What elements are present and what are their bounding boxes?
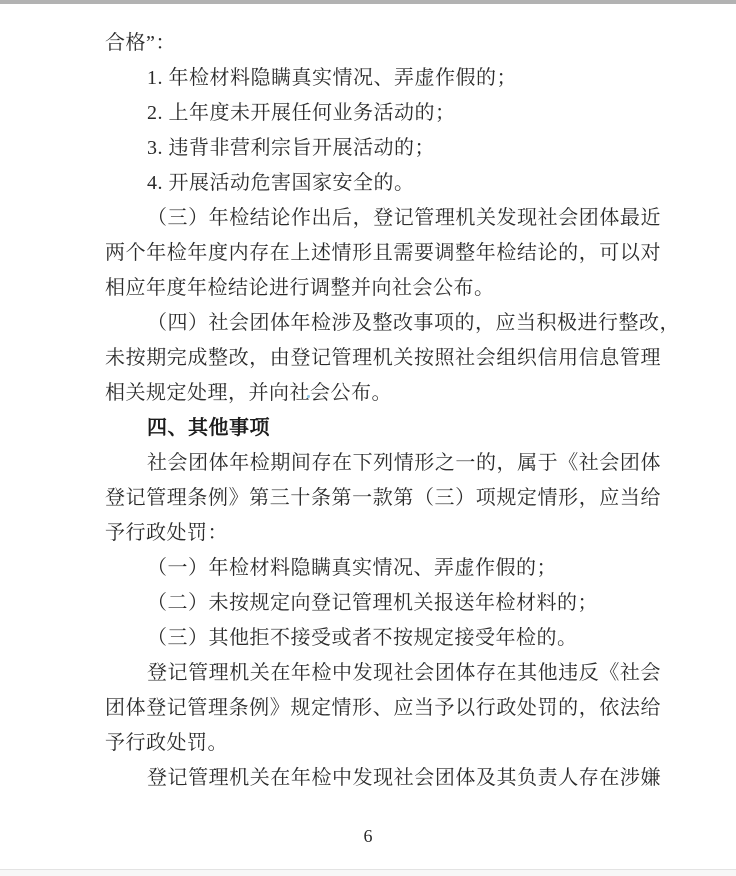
list-item: （二）未按规定向登记管理机关报送年检材料的； [105, 586, 661, 621]
text-line: （三）年检结论作出后，登记管理机关发现社会团体最近 [105, 201, 661, 236]
text-line: 相应年度年检结论进行调整并向社会公布。 [105, 271, 661, 306]
text-line: 社会团体年检期间存在下列情形之一的，属于《社会团体 [105, 446, 661, 481]
text-line: 予行政处罚： [105, 516, 661, 551]
scan-artifact-dot [307, 395, 310, 398]
text-line: 登记管理机关在年检中发现社会团体存在其他违反《社会 [105, 656, 661, 691]
page-top-border [0, 0, 736, 4]
text-line: 未按期完成整改，由登记管理机关按照社会组织信用信息管理 [105, 341, 661, 376]
section-heading: 四、其他事项 [105, 411, 661, 446]
list-item: 4. 开展活动危害国家安全的。 [105, 166, 661, 201]
text-line: 登记管理机关在年检中发现社会团体及其负责人存在涉嫌 [105, 761, 661, 796]
document-body: 合格”： 1. 年检材料隐瞒真实情况、弄虚作假的； 2. 上年度未开展任何业务活… [105, 26, 661, 796]
text-line: 两个年检年度内存在上述情形且需要调整年检结论的，可以对 [105, 236, 661, 271]
text-line: 予行政处罚。 [105, 726, 661, 761]
text-line: 相关规定处理，并向社会公布。 [105, 376, 661, 411]
text-line: 团体登记管理条例》规定情形、应当予以行政处罚的，依法给 [105, 691, 661, 726]
text-line: 合格”： [105, 26, 661, 61]
list-item: 3. 违背非营利宗旨开展活动的； [105, 131, 661, 166]
page-number: 6 [0, 824, 736, 848]
text-line: 登记管理条例》第三十条第一款第（三）项规定情形，应当给 [105, 481, 661, 516]
document-page: 合格”： 1. 年检材料隐瞒真实情况、弄虚作假的； 2. 上年度未开展任何业务活… [0, 0, 736, 876]
list-item: 1. 年检材料隐瞒真实情况、弄虚作假的； [105, 61, 661, 96]
list-item: （三）其他拒不接受或者不按规定接受年检的。 [105, 621, 661, 656]
list-item: （一）年检材料隐瞒真实情况、弄虚作假的； [105, 551, 661, 586]
page-bottom-border [0, 869, 736, 876]
text-line: （四）社会团体年检涉及整改事项的，应当积极进行整改， [105, 306, 661, 341]
list-item: 2. 上年度未开展任何业务活动的； [105, 96, 661, 131]
